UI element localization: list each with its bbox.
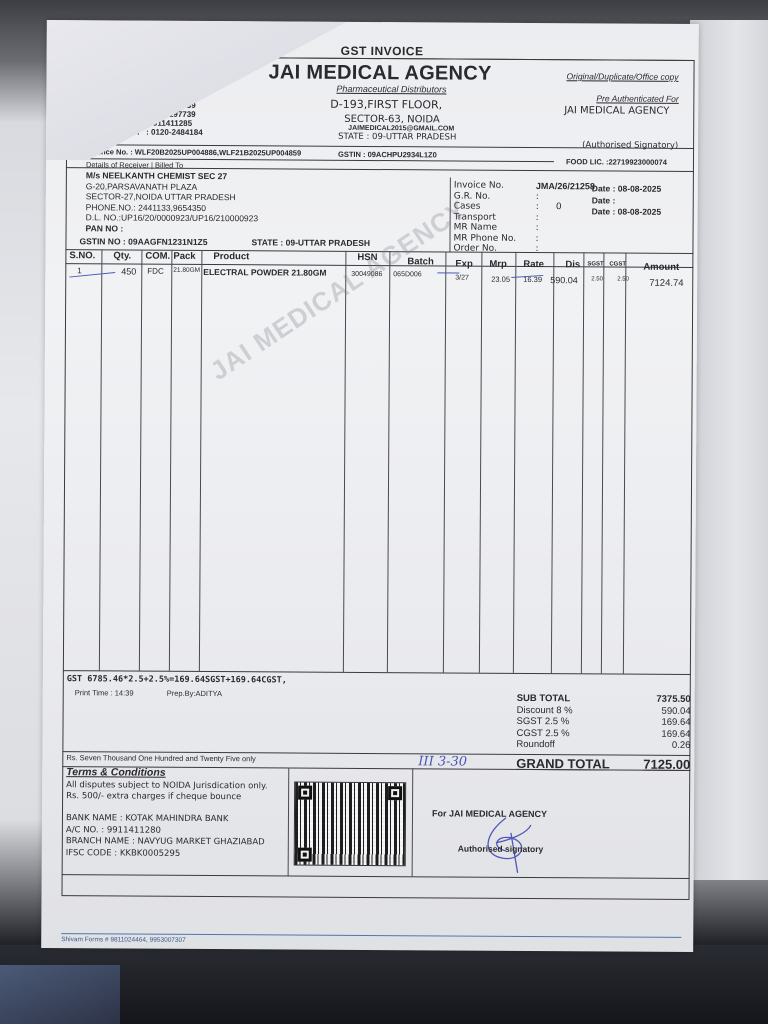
cell-pack: 21.80GM (173, 267, 200, 274)
receiver-details: M/s NEELKANTH CHEMIST SEC 27 G-20,PARSAV… (86, 170, 259, 234)
cell-amount: 7124.74 (649, 278, 683, 289)
cell-exp: 3/27 (455, 275, 469, 282)
payment-qr-code (294, 782, 407, 867)
cell-mrp: 23.05 (491, 275, 510, 284)
receiver-name: M/s NEELKANTH CHEMIST SEC 27 (86, 170, 259, 182)
terms-text: All disputes subject to NOIDA Jurisdicat… (66, 780, 268, 802)
info-value: : (536, 213, 539, 224)
cell-dis: 590.04 (550, 275, 578, 285)
roundoff-row: Roundoff0.26 (516, 739, 690, 752)
total-label: CGST 2.5 % (516, 727, 569, 739)
info-label: MR Phone No. (453, 233, 535, 244)
pre-auth-name: JAI MEDICAL AGENCY (564, 105, 669, 117)
company-address-1: D-193,FIRST FLOOR, (330, 98, 442, 112)
copy-label: Original/Duplicate/Office copy (566, 71, 678, 82)
company-gstin: GSTIN : 09ACHPU2934L1Z0 (338, 150, 437, 160)
cell-com: FDC (147, 267, 164, 276)
cell-cgst: 2.50 (617, 277, 629, 283)
total-label: Discount 8 % (517, 704, 573, 716)
col-header-rate: Rate (523, 259, 544, 270)
info-value: : (535, 234, 538, 245)
receiver-dl-no: D.L. NO.:UP16/20/0000923/UP16/210000923 (86, 212, 259, 224)
info-value: : (536, 223, 539, 234)
col-header-product: Product (213, 251, 249, 262)
col-header-exp: Exp (455, 259, 473, 270)
total-label: Roundoff (516, 739, 554, 751)
total-value: 0.26 (672, 740, 691, 752)
invoice-number: JMA/26/21258 (536, 181, 595, 192)
col-header-amount: Amount (643, 262, 679, 273)
landline-number: 0120-2484184 (151, 128, 203, 137)
receiver-pan: PAN NO : (86, 223, 259, 235)
gr-date: Date : (592, 195, 662, 207)
col-header-sno: S.NO. (69, 250, 95, 261)
qr-finder (298, 786, 312, 800)
licence-number: Licence No. : WLF20B2025UP004886,WLF21B2… (86, 147, 301, 157)
pre-auth-label: Pre Authenticated For (596, 93, 678, 104)
authorised-signatory: Authorised signatory (458, 844, 544, 855)
company-name: JAI MEDICAL AGENCY (268, 61, 491, 85)
col-header-mrp: Mrp (489, 259, 506, 270)
cell-batch: 065D006 (393, 271, 421, 278)
info-value: : 0 (536, 202, 562, 213)
total-value: 7375.50 (656, 694, 690, 706)
total-label: SUB TOTAL (517, 693, 571, 705)
terms-title: Terms & Conditions (66, 766, 165, 779)
branch-name: BRANCH NAME : NAVYUG MARKET GHAZIABAD (66, 836, 265, 849)
cell-qty: 450 (121, 266, 136, 276)
col-header-dis: Dis (565, 259, 580, 270)
prepared-by: Prep.By:ADITYA (167, 689, 222, 698)
receiver-state: STATE : 09-UTTAR PRADESH (251, 237, 370, 248)
info-label: G.R. No. (454, 191, 536, 202)
total-value: 590.04 (662, 705, 691, 717)
pen-mark (437, 272, 459, 273)
qr-finder (388, 786, 402, 800)
company-address-2: SECTOR-63, NOIDA (344, 114, 440, 126)
info-label: Invoice No. (454, 181, 536, 192)
invoice-dates: Date : 08-08-2025 Date : Date : 08-08-20… (592, 183, 662, 218)
gst-calculation: GST 6785.46*2.5+2.5%=169.64SGST+169.64CG… (67, 674, 287, 685)
amount-in-words: Rs. Seven Thousand One Hundred and Twent… (66, 753, 255, 763)
receiver-gstin: GSTIN NO : 09AAGFN1231N1Z5 (79, 236, 207, 247)
terms-line: Rs. 500/- extra charges if cheque bounce (66, 791, 267, 803)
cell-sgst: 2.50 (591, 276, 603, 282)
print-time: Print Time : 14:39 (75, 688, 134, 697)
receiver-address-2: SECTOR-27,NOIDA UTTAR PRADESH (86, 191, 259, 203)
printer-footer: Shivam Forms # 9811024464, 9953007307 (61, 936, 186, 944)
cell-product: ELECTRAL POWDER 21.80GM (203, 267, 326, 278)
food-licence: FOOD LIC. :22719923000074 (566, 157, 667, 167)
col-header-com: COM. (145, 251, 170, 262)
total-value: 169.64 (661, 728, 690, 740)
totals-block: SUB TOTAL7375.50 Discount 8 %590.04 SGST… (516, 693, 690, 752)
total-label: SGST 2.5 % (517, 716, 570, 728)
col-header-pack: Pack (173, 251, 195, 262)
terms-line: All disputes subject to NOIDA Jurisdicat… (66, 780, 267, 792)
bank-name: BANK NAME : KOTAK MAHINDRA BANK (66, 813, 265, 826)
order-date: Date : 08-08-2025 (592, 206, 662, 218)
ifsc-code: IFSC CODE : KKBK0005295 (66, 848, 265, 861)
company-state: STATE : 09-UTTAR PRADESH (338, 132, 456, 143)
cloth-edge (0, 965, 120, 1024)
desk-surface (690, 20, 768, 880)
bank-details: BANK NAME : KOTAK MAHINDRA BANK A/C NO. … (66, 813, 265, 860)
info-value: : (536, 192, 539, 203)
authorised-signatory-label: (Authorised Signatory) (582, 140, 678, 151)
col-header-qty: Qty. (113, 250, 131, 261)
qr-finder (298, 848, 312, 862)
invoice-date: Date : 08-08-2025 (592, 183, 662, 195)
total-value: 169.64 (661, 717, 690, 729)
invoice-info: Invoice No.JMA/26/21258 G.R. No.: Cases:… (453, 181, 594, 255)
col-header-cgst: CGST (609, 261, 626, 267)
company-subtitle: Pharmaceutical Distributors (336, 84, 446, 95)
doc-title: GST INVOICE (341, 44, 424, 59)
col-header-sgst: SGST (587, 261, 603, 267)
invoice-paper: GST INVOICE JAI MEDICAL AGENCY Pharmaceu… (41, 20, 699, 952)
desk-surface-bottom (0, 945, 768, 1024)
handwritten-note: III 3-30 (418, 754, 467, 769)
cell-sno: 1 (77, 266, 82, 275)
receiver-header: Details of Receiver | Billed To (86, 160, 183, 170)
